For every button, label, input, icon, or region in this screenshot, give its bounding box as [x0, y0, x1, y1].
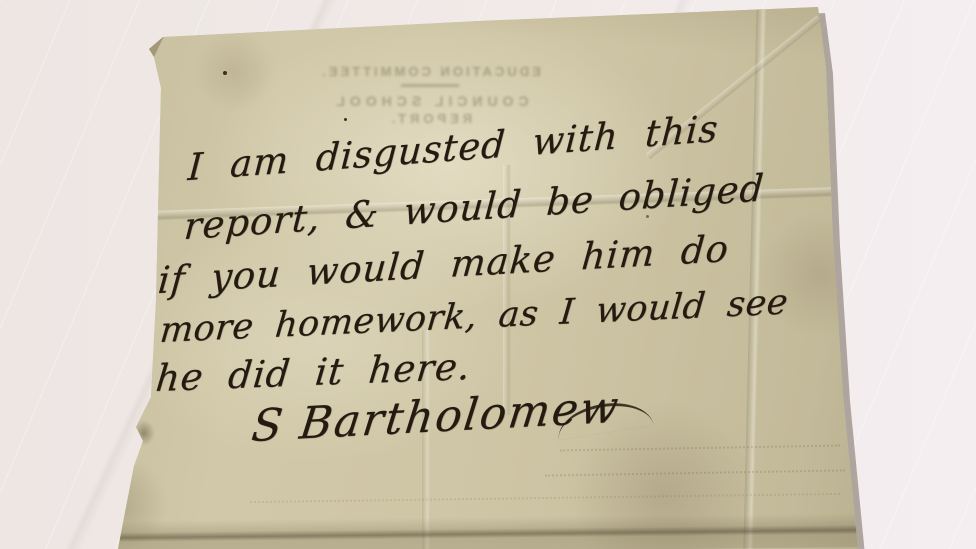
ghost-header-rule [401, 84, 459, 87]
ghost-header-line: COUNCIL SCHOOL [195, 93, 665, 109]
ghost-header-line: EDUCATION COMMITTEE. [195, 64, 665, 79]
bottom-fold-line [108, 513, 872, 549]
vertical-crease-right [743, 4, 766, 549]
ruled-line-showthrough [545, 469, 845, 476]
dog-eared-corner [146, 36, 176, 66]
photo-background: EDUCATION COMMITTEE. COUNCIL SCHOOL REPO… [0, 0, 976, 549]
torn-edge-notch [133, 420, 155, 446]
ruled-line-showthrough [560, 445, 840, 452]
